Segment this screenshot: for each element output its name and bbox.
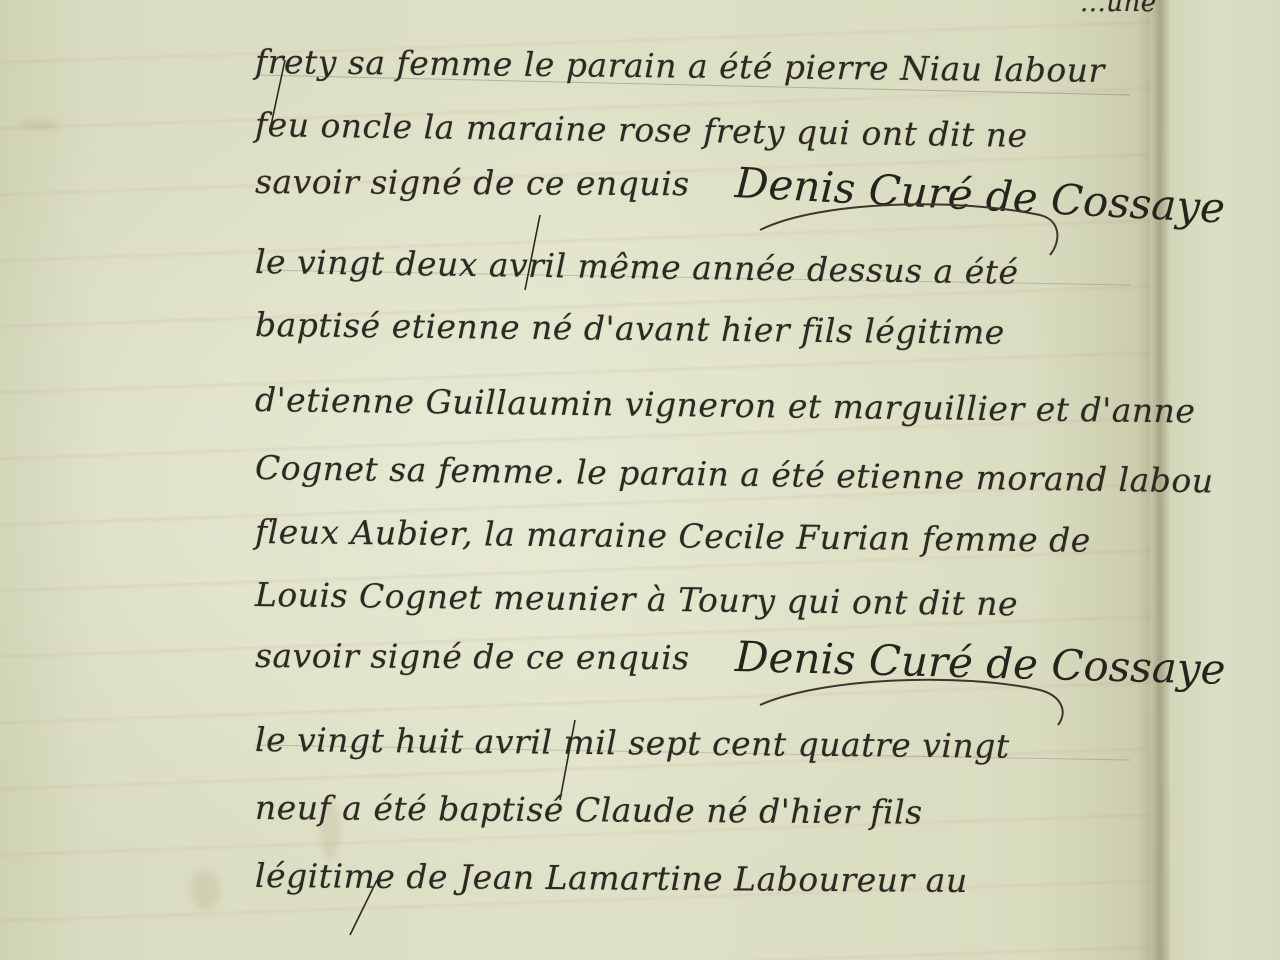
entry-2-line-2: baptisé etienne né d'avant hier fils lég… [255,305,1005,352]
top-fragment: ...une [1080,0,1157,18]
paper-stain [20,120,60,130]
paper-stain [190,870,220,910]
entry-1-line-3: savoir signé de ce enquis [255,162,690,203]
entry-3-line-3: légitime de Jean Lamartine Laboureur au [255,856,968,900]
register-photograph: ...une frety sa femme le parain a été pi… [0,0,1280,960]
entry-3-line-1: le vingt huit avril mil sept cent quatre… [255,720,1010,766]
entry-3-line-2: neuf a été baptisé Claude né d'hier fils [255,788,923,832]
entry-2-line-7: savoir signé de ce enquis [255,636,690,677]
